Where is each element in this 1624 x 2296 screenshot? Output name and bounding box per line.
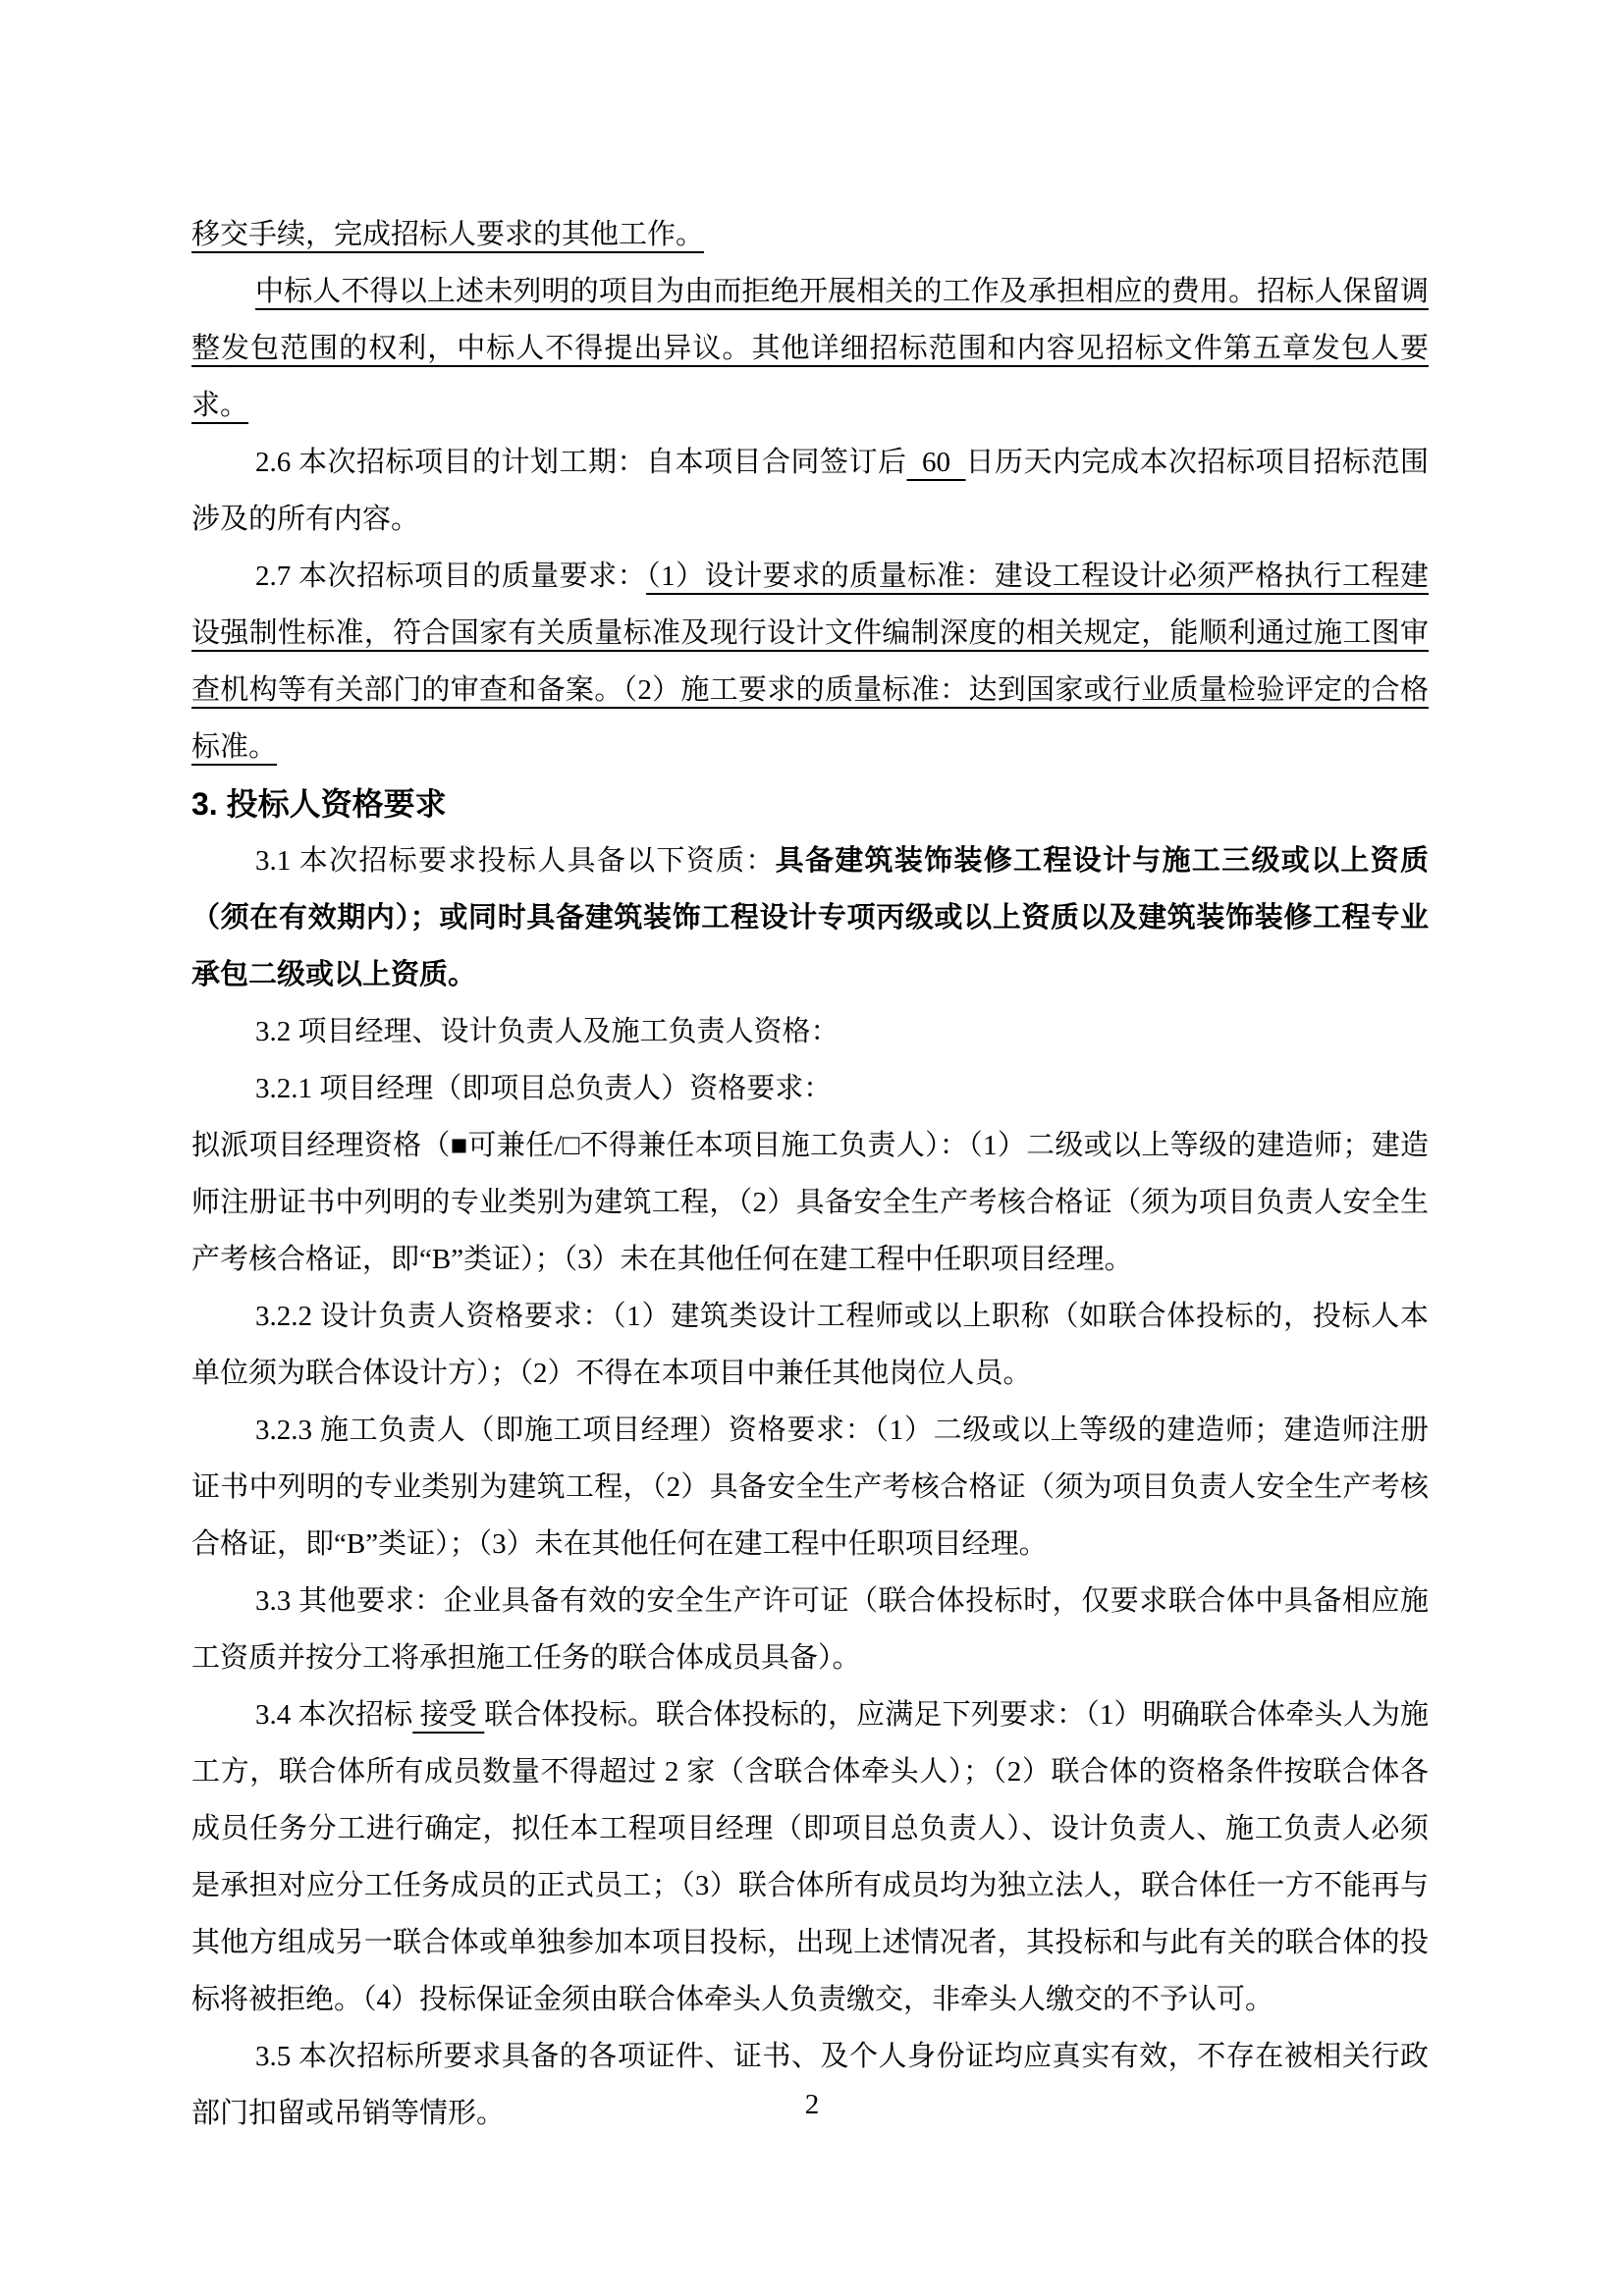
- text-run: 3.2.1 项目经理（即项目总负责人）资格要求：: [255, 1073, 832, 1104]
- text-run: 3.1 本次招标要求投标人具备以下资质：: [255, 845, 776, 877]
- text-run: 拟派项目经理资格（■可兼任/□不得兼任本项目施工负责人）：（1）二级或以上等级的…: [191, 1130, 1429, 1275]
- para-3-4-consortium: 3.4 本次招标 接受 联合体投标。联合体投标的，应满足下列要求：（1）明确联合…: [191, 1686, 1429, 2028]
- text-run: 3.2.3 施工负责人（即施工项目经理）资格要求：（1）二级或以上等级的建造师；…: [191, 1415, 1429, 1560]
- document-body: 移交手续，完成招标人要求的其他工作。中标人不得以上述未列明的项目为由而拒绝开展相…: [191, 206, 1429, 2142]
- para-3-2-1-title: 3.2.1 项目经理（即项目总负责人）资格要求：: [191, 1060, 1429, 1117]
- para-scope-note: 中标人不得以上述未列明的项目为由而拒绝开展相关的工作及承担相应的费用。招标人保留…: [191, 263, 1429, 434]
- text-run: 2.7 本次招标项目的质量要求：: [255, 561, 646, 592]
- text-run: 3.2 项目经理、设计负责人及施工负责人资格：: [255, 1016, 839, 1047]
- para-scope-continuation: 移交手续，完成招标人要求的其他工作。: [191, 206, 1429, 263]
- para-3-2-3-construction-lead: 3.2.3 施工负责人（即施工项目经理）资格要求：（1）二级或以上等级的建造师；…: [191, 1402, 1429, 1573]
- text-run: 3.2.2 设计负责人资格要求：（1）建筑类设计工程师或以上职称（如联合体投标的…: [191, 1301, 1429, 1389]
- para-2-7-quality: 2.7 本次招标项目的质量要求：（1）设计要求的质量标准：建设工程设计必须严格执…: [191, 548, 1429, 775]
- page-number: 2: [0, 2085, 1624, 2124]
- text-run: 中标人不得以上述未列明的项目为由而拒绝开展相关的工作及承担相应的费用。招标人保留…: [191, 276, 1429, 421]
- para-3-2-roles: 3.2 项目经理、设计负责人及施工负责人资格：: [191, 1003, 1429, 1060]
- text-run: 接受: [412, 1699, 484, 1731]
- para-3-1-qualification: 3.1 本次招标要求投标人具备以下资质：具备建筑装饰装修工程设计与施工三级或以上…: [191, 832, 1429, 1003]
- text-run: 联合体投标。联合体投标的，应满足下列要求：（1）明确联合体牵头人为施工方，联合体…: [191, 1699, 1429, 2015]
- document-page: 移交手续，完成招标人要求的其他工作。中标人不得以上述未列明的项目为由而拒绝开展相…: [0, 0, 1624, 2296]
- text-run: 移交手续，完成招标人要求的其他工作。: [191, 219, 704, 250]
- heading-3-bidder-qualification: 3. 投标人资格要求: [191, 775, 1429, 832]
- para-3-2-1-detail: 拟派项目经理资格（■可兼任/□不得兼任本项目施工负责人）：（1）二级或以上等级的…: [191, 1117, 1429, 1288]
- para-3-2-2-design-lead: 3.2.2 设计负责人资格要求：（1）建筑类设计工程师或以上职称（如联合体投标的…: [191, 1288, 1429, 1402]
- text-run: 3.3 其他要求：企业具备有效的安全生产许可证（联合体投标时，仅要求联合体中具备…: [191, 1585, 1429, 1674]
- para-2-6-schedule: 2.6 本次招标项目的计划工期：自本项目合同签订后 60 日历天内完成本次招标项…: [191, 434, 1429, 548]
- text-run: 3.4 本次招标: [255, 1699, 412, 1731]
- text-run: 2.6 本次招标项目的计划工期：自本项目合同签订后: [255, 447, 906, 478]
- text-run: 3. 投标人资格要求: [191, 786, 447, 822]
- para-3-3-other-requirements: 3.3 其他要求：企业具备有效的安全生产许可证（联合体投标时，仅要求联合体中具备…: [191, 1573, 1429, 1686]
- text-run: 60: [906, 447, 965, 478]
